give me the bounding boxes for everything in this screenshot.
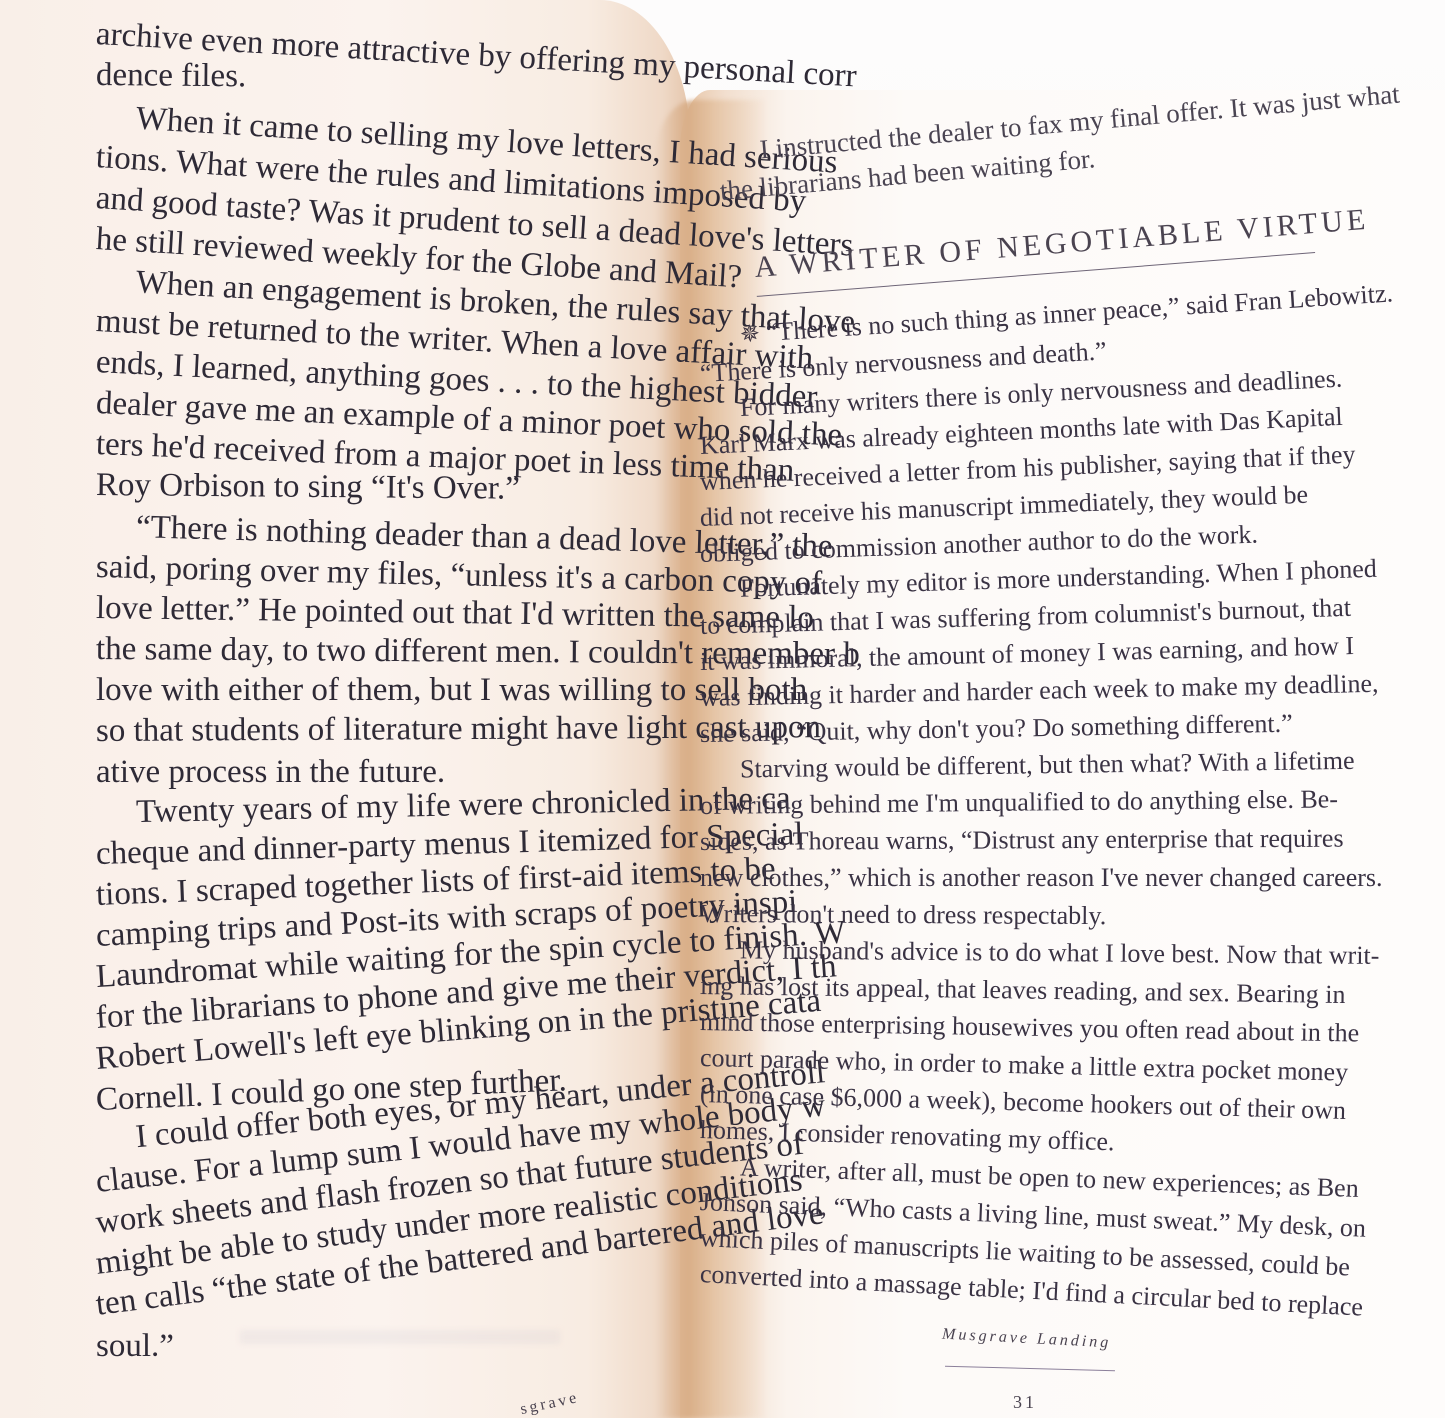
page-number: 31: [1013, 1392, 1037, 1413]
ornament-icon: ✵: [739, 321, 761, 348]
section-heading: A WRITER OF NEGOTIABLE VIRTUE: [753, 199, 1399, 285]
text-line: love with either of them, but I was will…: [96, 670, 696, 711]
text-line: of writing behind me I'm unqualified to …: [700, 781, 1400, 824]
text-line: dence files.: [96, 55, 696, 101]
text-line: My husband's advice is to do what I love…: [700, 932, 1400, 974]
text-line: Roy Orbison to sing “It's Over.”: [96, 465, 696, 511]
text-line: new clothes,” which is another reason I'…: [700, 860, 1400, 896]
book-photo: archive even more attractive by offering…: [0, 0, 1445, 1418]
text-line: so that students of literature might hav…: [96, 708, 696, 752]
show-through-text: [240, 1330, 560, 1344]
left-page-text: archive even more attractive by offering…: [96, 14, 696, 1367]
text-line: Writers don't need to dress respectably.: [700, 896, 1400, 936]
text-line: sides, as Thoreau warns, “Distrust any e…: [700, 820, 1400, 860]
right-page-text: I instructed the dealer to fax my final …: [700, 100, 1400, 1292]
text-line: the same day, to two different men. I co…: [96, 629, 696, 674]
